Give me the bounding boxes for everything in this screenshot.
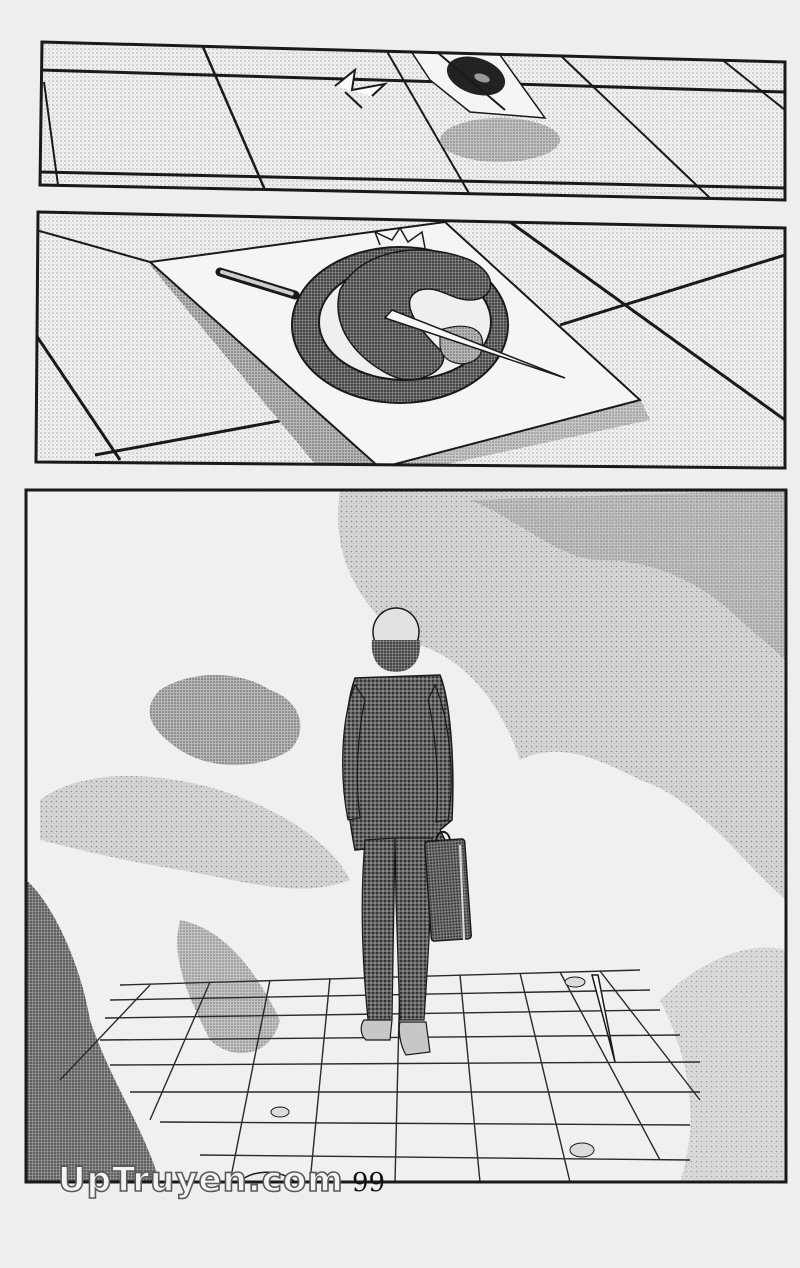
watermark-text: UpTruyen.com [58,1160,344,1200]
manga-page: UpTruyen.com 99 [0,0,800,1268]
page-number: 99 [352,1168,385,1198]
page-artwork [0,0,800,1268]
